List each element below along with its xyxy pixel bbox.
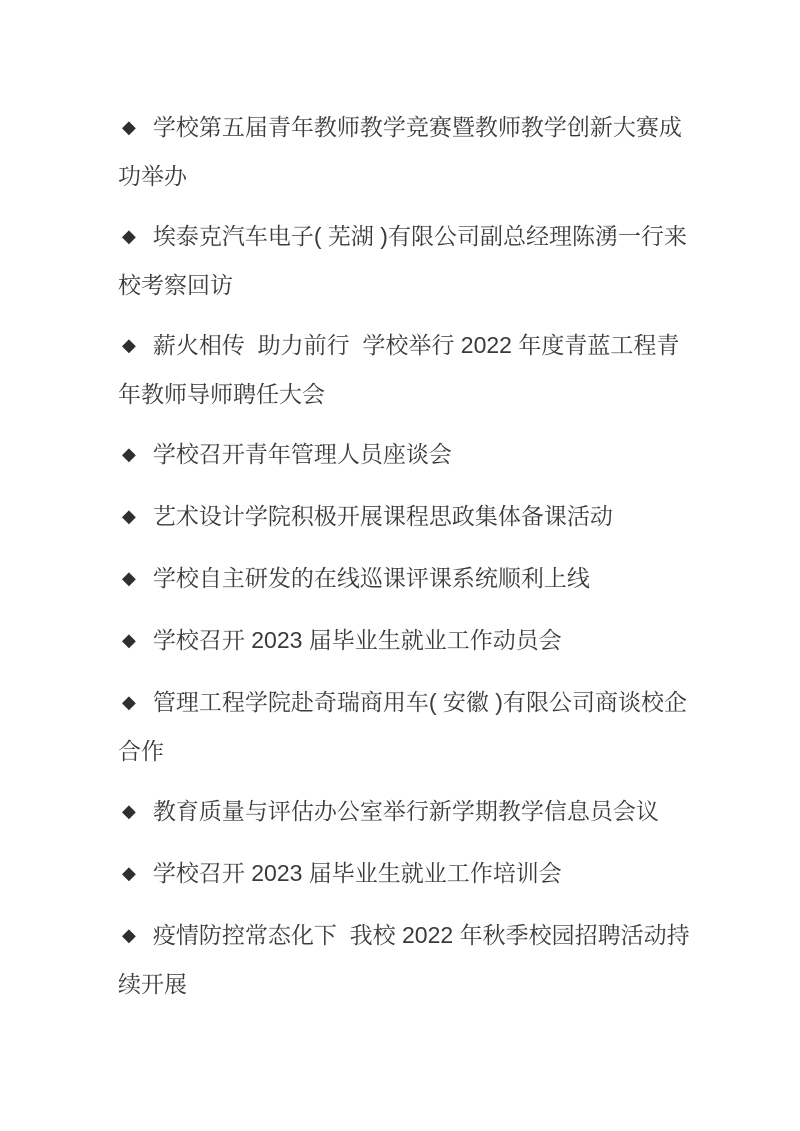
list-item-text: 学校召开 2023 届毕业生就业工作培训会: [153, 860, 562, 886]
list-item: ◆管理工程学院赴奇瑞商用车( 安徽 )有限公司商谈校企合作: [118, 679, 690, 775]
list-item: ◆疫情防控常态化下 我校 2022 年秋季校园招聘活动持续开展: [118, 912, 690, 1008]
list-item: ◆学校自主研发的在线巡课评课系统顺利上线: [118, 555, 690, 604]
list-item: ◆学校第五届青年教师教学竞赛暨教师教学创新大赛成功举办: [118, 104, 690, 200]
list-item: ◆学校召开 2023 届毕业生就业工作动员会: [118, 617, 690, 666]
diamond-bullet-icon: ◆: [122, 104, 136, 151]
list-item: ◆艺术设计学院积极开展课程思政集体备课活动: [118, 493, 690, 542]
list-item-text: 学校召开 2023 届毕业生就业工作动员会: [153, 627, 562, 653]
list-item-text: 薪火相传 助力前行 学校举行 2022 年度青蓝工程青年教师导师聘任大会: [118, 332, 679, 407]
list-item-text: 学校召开青年管理人员座谈会: [153, 441, 452, 467]
page: ◆学校第五届青年教师教学竞赛暨教师教学创新大赛成功举办 ◆埃泰克汽车电子( 芜湖…: [0, 0, 800, 1131]
diamond-bullet-icon: ◆: [122, 788, 136, 835]
list-item: ◆学校召开 2023 届毕业生就业工作培训会: [118, 850, 690, 899]
diamond-bullet-icon: ◆: [122, 679, 136, 726]
diamond-bullet-icon: ◆: [122, 617, 136, 664]
list-item-text: 教育质量与评估办公室举行新学期教学信息员会议: [153, 798, 659, 824]
news-list: ◆学校第五届青年教师教学竞赛暨教师教学创新大赛成功举办 ◆埃泰克汽车电子( 芜湖…: [118, 104, 690, 1008]
diamond-bullet-icon: ◆: [122, 555, 136, 602]
list-item: ◆学校召开青年管理人员座谈会: [118, 431, 690, 480]
list-item-text: 管理工程学院赴奇瑞商用车( 安徽 )有限公司商谈校企合作: [118, 689, 687, 764]
list-item-text: 学校第五届青年教师教学竞赛暨教师教学创新大赛成功举办: [118, 114, 682, 189]
list-item-text: 埃泰克汽车电子( 芜湖 )有限公司副总经理陈湧一行来校考察回访: [118, 223, 687, 298]
diamond-bullet-icon: ◆: [122, 322, 136, 369]
diamond-bullet-icon: ◆: [122, 213, 136, 260]
diamond-bullet-icon: ◆: [122, 850, 136, 897]
list-item: ◆教育质量与评估办公室举行新学期教学信息员会议: [118, 788, 690, 837]
list-item-text: 疫情防控常态化下 我校 2022 年秋季校园招聘活动持续开展: [118, 922, 690, 997]
list-item: ◆薪火相传 助力前行 学校举行 2022 年度青蓝工程青年教师导师聘任大会: [118, 322, 690, 418]
document-page: { "page": { "bullet_char": "◆", "colors"…: [0, 0, 800, 1131]
list-item-text: 艺术设计学院积极开展课程思政集体备课活动: [153, 503, 613, 529]
diamond-bullet-icon: ◆: [122, 431, 136, 478]
list-item: ◆埃泰克汽车电子( 芜湖 )有限公司副总经理陈湧一行来校考察回访: [118, 213, 690, 309]
list-item-text: 学校自主研发的在线巡课评课系统顺利上线: [153, 565, 590, 591]
diamond-bullet-icon: ◆: [122, 493, 136, 540]
diamond-bullet-icon: ◆: [122, 912, 136, 959]
